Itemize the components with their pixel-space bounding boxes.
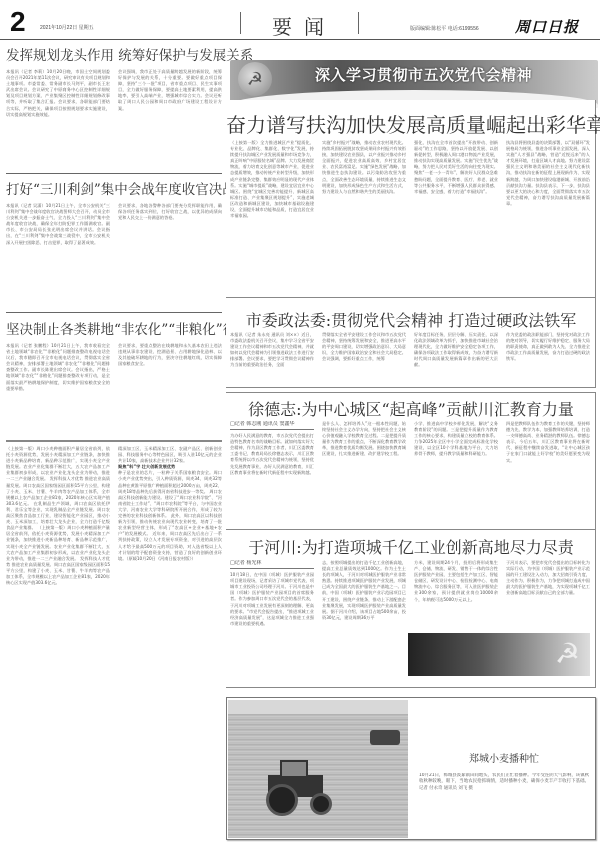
article-agri-continued: （上接第一版）周口小麦种植面积产量居全省前列，依托小麦资源优势，发展小麦精深加工… xyxy=(6,446,222,841)
divider xyxy=(6,173,222,174)
article-headline[interactable]: 于河川:为打造项城千亿工业创新高地尽力尽责 xyxy=(226,535,596,558)
article-body: （上接第一版）全力推进城区产业“提质化、专业化、品牌化、集群化、数字化”发展，持… xyxy=(230,140,314,292)
tractor-icon xyxy=(248,760,343,815)
divider xyxy=(358,12,359,34)
article-fugou: 奋力谱写扶沟加快发展高质量崛起出彩华章 （上接第一版）全力推进城区产业“提质化、… xyxy=(226,100,596,298)
article-body: 好年度目标任务，层层分解、压实责任，以深化政法领域改革为抓手，加快推进市域社会治… xyxy=(414,332,498,382)
tractor-photo xyxy=(228,700,408,838)
article-body: （上接第一版）周口小麦种植面积产量居全省前列，依托小麦资源优势，发展小麦精深加工… xyxy=(6,446,110,841)
article-headline[interactable]: 发挥规划龙头作用 统筹好保护与发展关系 xyxy=(6,44,222,64)
article-body: 精深加工区、玉米精深加工区、农副产品区、创新创业园、科技服务中心等特色园区，吸引… xyxy=(118,446,222,841)
banner-title: 深入学习贯彻市五次党代会精神 xyxy=(315,64,532,85)
article-body: 强化、扶沟在全市首次提出“开放带动、创新驱动”的工作思路，坚持以开放促发展、以创… xyxy=(414,140,498,292)
article-headline[interactable]: 坚决制止各类耕地“非农化”“非粮化”行为 xyxy=(6,318,222,338)
tractor-icon xyxy=(370,730,400,745)
byline: □记者 杨光林 xyxy=(230,560,314,569)
editor-info: 版面编辑:陈松平 电话:6199556 xyxy=(410,25,479,32)
article-body: 会议要求，各地各警种各部门要充分发挥职能作用，确保各项任务落实到位，打好收官之战… xyxy=(118,203,222,315)
article-body: 是什么人、怎样培养人”这一根本性问题，始终坚持社会主义办学方向，坚持把社会主义核… xyxy=(322,421,406,527)
grassroots-banner: ☭ xyxy=(408,633,590,676)
article-planning: 发挥规划龙头作用 统筹好保护与发展关系 本报讯（记者 李莉）10月20日晚，市国… xyxy=(6,44,222,179)
article-body: 方米，建设周期24个月，投用后将形成集生产、仓储、物流、研发、销售于一体的综合性… xyxy=(414,560,498,630)
paper-logo: 周口日报 xyxy=(515,16,579,37)
article-headline[interactable]: 市委政法委:贯彻党代会精神 打造过硬政法铁军 xyxy=(226,308,596,331)
photo-title[interactable]: 郑城小麦播种忙 xyxy=(419,750,589,765)
article-body: 小学、推进高中学校多样化发展，解决“义务教育阶段”的问题。三是把提升质量作为教育… xyxy=(414,421,498,527)
article-body: 会议要求，要重点整治在线耕地和永久基本农田上违法违规从事非农建设、挖湖造景、占用… xyxy=(118,343,222,451)
article-body: 扶沟县将围绕县委的决策部署，以“双循环”发展格局为统领，推进各项事业全面发展，深… xyxy=(506,140,590,292)
article-headline[interactable]: 徐德志:为中心城区“起高峰”贡献川汇教育力量 xyxy=(226,397,596,420)
photo-caption-block: 郑城小麦播种忙 10月21日，郸城县汲冢镇田间地头，农民们正忙着播种。今年受连阴… xyxy=(419,750,589,823)
divider xyxy=(6,440,222,442)
article-body: □记者 韩志刚 通讯员 窦鑫华 为办好人民满意的教育，市五次党代会提出打造特色教… xyxy=(230,421,314,527)
party-emblem-icon: ☭ xyxy=(555,637,580,670)
article-body: 于河川表示，要把市党代会提出的目标转化为实际行动，为中国（项城）医护服装产业示范… xyxy=(506,560,590,630)
article-police: 打好“三川利剑”集中会战年度收官决战 本报讯（记者 吴潇）10月21日上午，全市… xyxy=(6,178,222,315)
article-politics: 市委政法委:贯彻党代会精神 打造过硬政法铁军 本报讯（记者 朱永亮 通讯员 刘×… xyxy=(226,298,596,388)
article-headline[interactable]: 打好“三川利剑”集中会战年度收官决战 xyxy=(6,178,222,198)
divider xyxy=(6,312,222,313)
article-body: 本报讯（记者 吴潇）10月21日上午，全市公安机关“三川利剑”集中会战年度收官决… xyxy=(6,203,110,315)
section-title: 要闻 xyxy=(272,11,336,40)
article-body: 本报讯（记者 朱永亮 通讯员 刘××）近日，市委政法委机关召开会议，集中学习全省… xyxy=(230,332,314,382)
article-body: 志，按照项城提出的打造千亿工业创新高地，提高工业总量质效达到1000亿。作为土生… xyxy=(322,560,406,630)
party-emblem-icon: ☭ xyxy=(238,62,272,96)
article-education: 徐德志:为中心城区“起高峰”贡献川汇教育力量 □记者 韩志刚 通讯员 窦鑫华 为… xyxy=(226,392,596,530)
masthead: 2 2021年10月22日 星期五 要闻 版面编辑:陈松平 电话:6199556… xyxy=(0,0,600,40)
article-body: □记者 杨光林 10月18日，在中国（项城）医护服装产业园项目建设现场，记者采访… xyxy=(230,560,314,630)
article-body: 作为党委的政法职能部门，坚持党对政法工作的绝对领导，切实履行好维护稳定、服务大局… xyxy=(506,332,590,382)
article-headline[interactable]: 奋力谱写扶沟加快发展高质量崛起出彩华章 xyxy=(226,109,596,138)
article-body: 本报讯（记者 张鹏程）10月21日上午，我市收看完全省土地领域“非农化”“非粮化… xyxy=(6,343,110,451)
article-farmland: 坚决制止各类耕地“非农化”“非粮化”行为 本报讯（记者 张鹏程）10月21日上午… xyxy=(6,318,222,451)
issue-date: 2021年10月22日 星期五 xyxy=(40,24,94,31)
photo-caption: 10月21日，郸城县汲冢镇田间地头，农民们正忙着播种。今年受连阴天气影响，该镇秋… xyxy=(419,773,589,823)
article-body: 四是把教师队伍作为教育工作的关键，坚持师德为先、教学为本，加强教师培养培训，打造… xyxy=(506,421,590,527)
article-body: 实施“乡村振兴”战略，推动农业农村现代化。持续巩固拓展脱贫攻坚成果同乡村振兴有效… xyxy=(322,140,406,292)
photo-story: 郑城小麦播种忙 10月21日，郸城县汲冢镇田间地头，农民们正忙着播种。今年受连阴… xyxy=(226,697,596,840)
article-body: 会议强调，我市正处于高质量跨越发展的新阶段，统筹好保护与发展的关系，十分重要。要… xyxy=(118,69,222,179)
article-body: 本报讯（记者 李莉）10月20日晚，市国土空间规划委员会召开2021年第11次会… xyxy=(6,69,110,179)
page-number: 2 xyxy=(10,6,26,38)
divider xyxy=(240,12,241,34)
byline: □记者 韩志刚 通讯员 窦鑫华 xyxy=(230,421,314,430)
article-body: 贯彻落实全省平安建设工作会议和市五次党代会精神，坚持统筹发展和安全，推进更高水平… xyxy=(322,332,406,382)
